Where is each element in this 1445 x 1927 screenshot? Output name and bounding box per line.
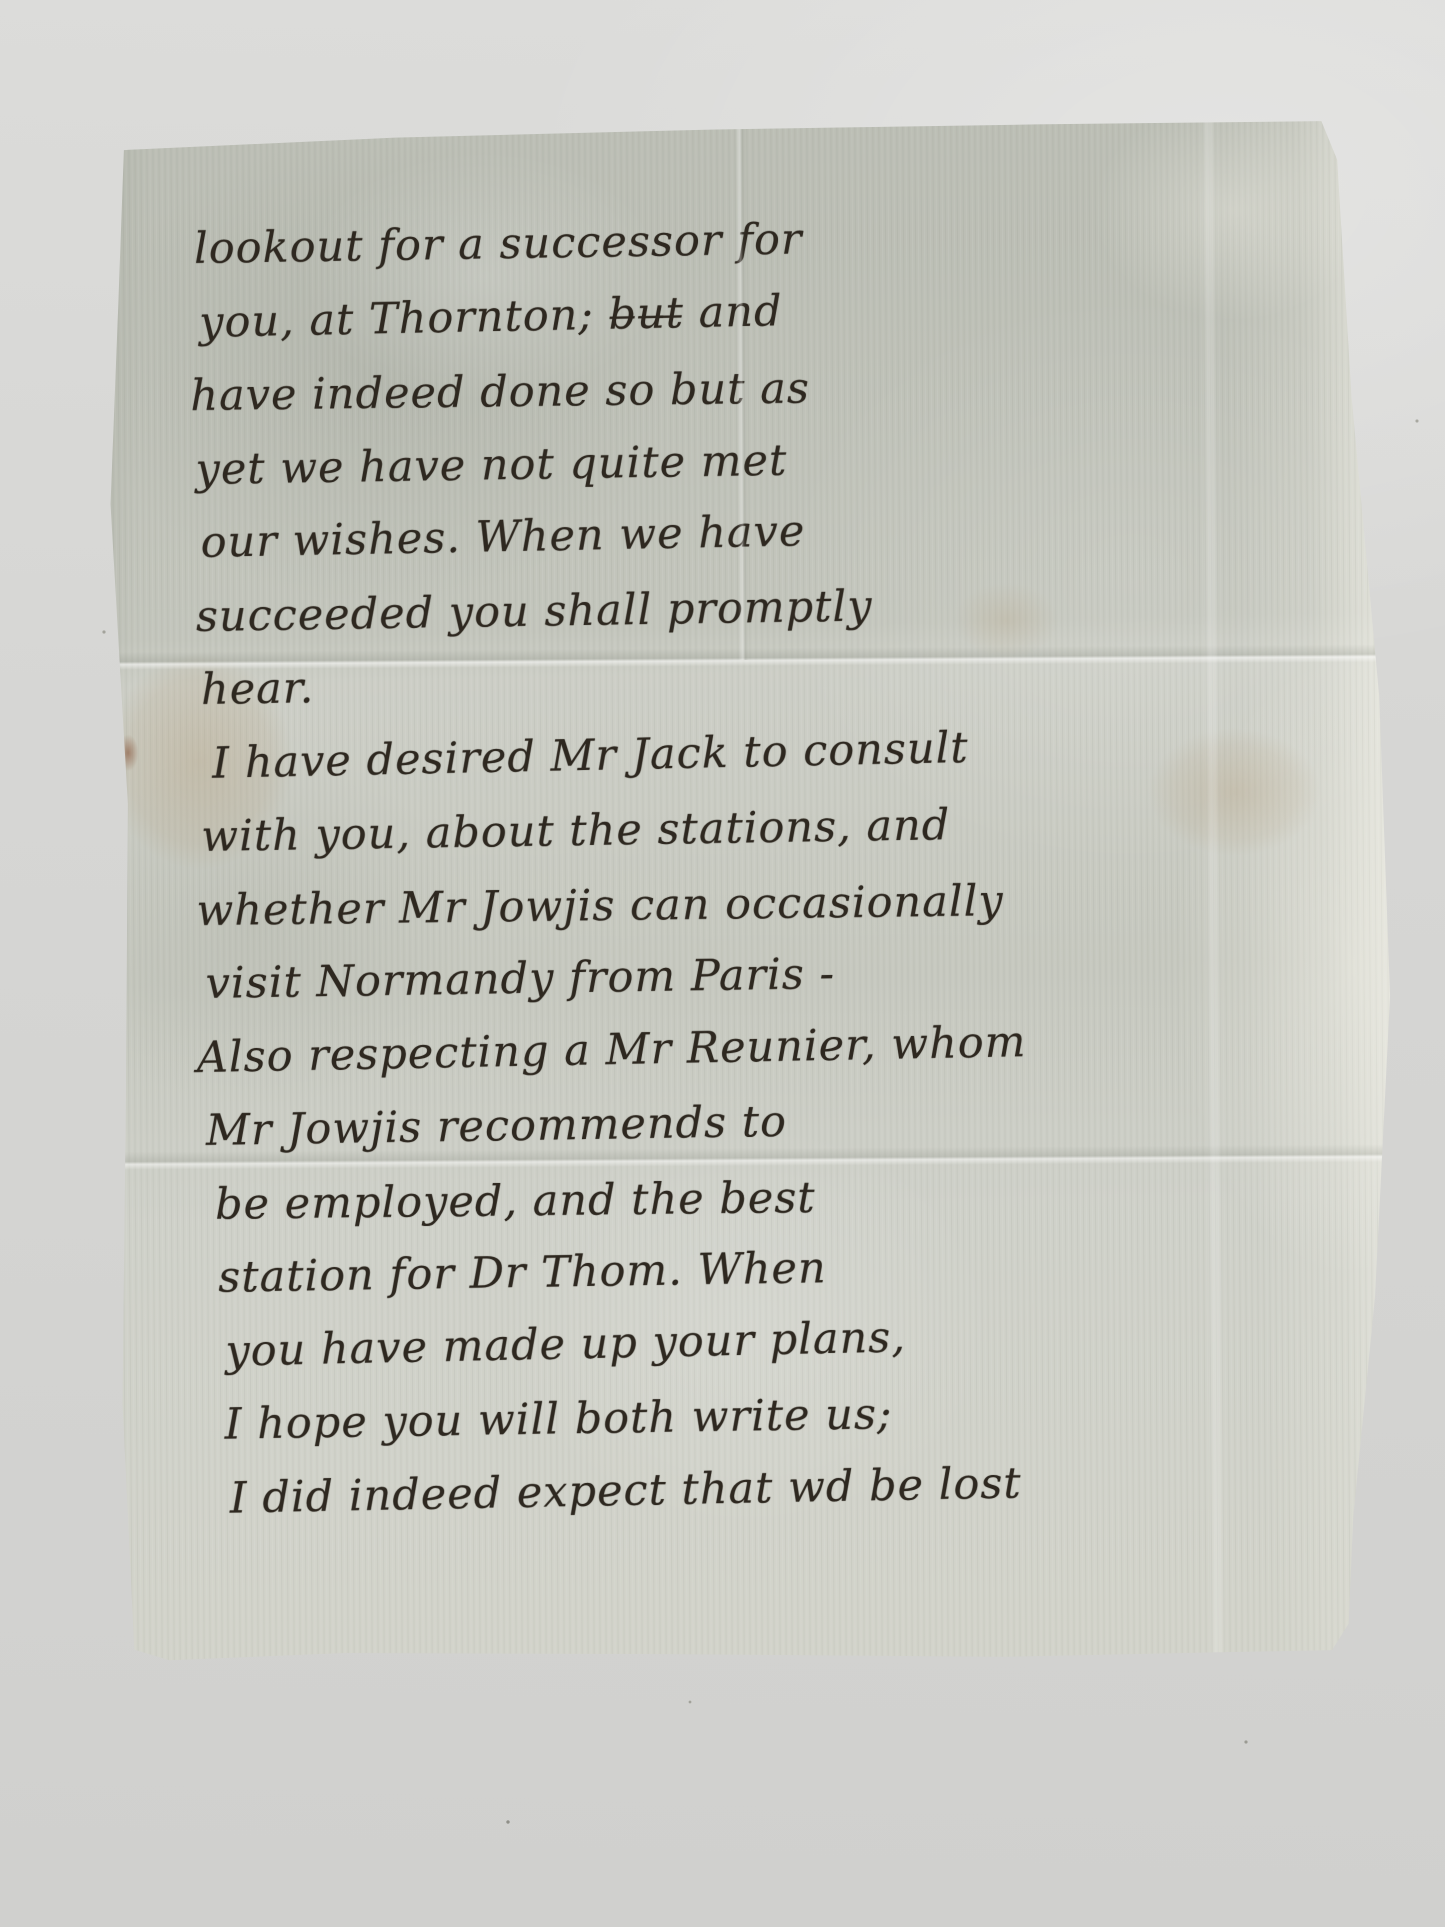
stain-edge-spot (115, 730, 141, 776)
photo-of-letter: { "scene": { "description_label": "photo… (0, 0, 1445, 1927)
letter-line: be employed, and the best (215, 1155, 1384, 1242)
letter-line: whether Mr Jowjis can occasionally (196, 860, 1379, 948)
letter-line: have indeed done so but as (190, 346, 1371, 434)
letter-body: lookout for a successor for you, at Thor… (194, 195, 1389, 1536)
letter-paper: lookout for a successor for you, at Thor… (95, 116, 1396, 1670)
